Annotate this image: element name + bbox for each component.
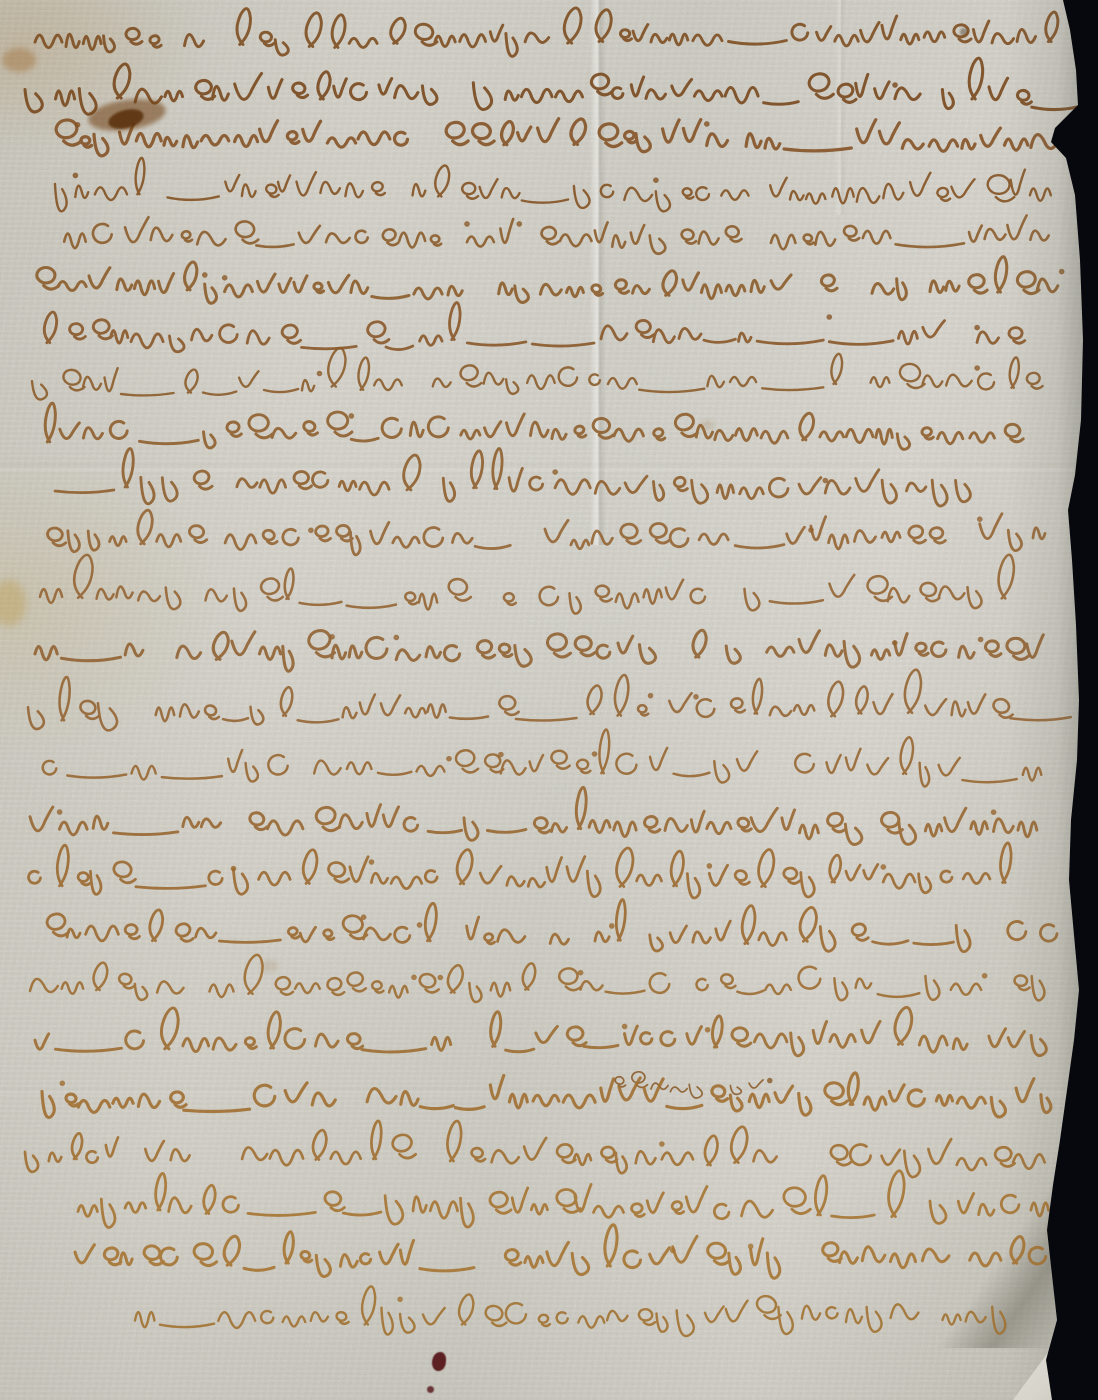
handwritten-text-line [45, 403, 1023, 449]
handwritten-text-line [29, 843, 1012, 898]
handwritten-text-line [44, 303, 1025, 352]
handwritten-text-line [75, 1225, 1046, 1278]
interlinear-insertion-line [615, 1072, 771, 1098]
handwritten-text-line [25, 58, 1081, 114]
handwritten-text-line [35, 630, 1043, 671]
handwritten-text-line [48, 510, 1045, 555]
handwritten-text-line [43, 730, 1042, 787]
manuscript-paper-sheet [0, 0, 1098, 1400]
handwritten-text-line [64, 216, 1048, 254]
handwritten-text-line [56, 119, 1057, 156]
handwritten-text-line [135, 1286, 1005, 1336]
handwritten-text-line [40, 555, 1014, 614]
handwritten-text-line [30, 787, 1037, 844]
deckled-edge-shadow [1008, 0, 1098, 1400]
photograph-of-manuscript: Photograph of a single-page handwritten … [0, 0, 1098, 1400]
handwritten-text-line [55, 158, 1051, 211]
handwritten-text-line [78, 1171, 1078, 1228]
handwritten-text-line [32, 348, 1043, 400]
handwritten-text-line [35, 1007, 1046, 1055]
handwritten-text-line [47, 900, 1057, 952]
handwritten-text-line [42, 1073, 1051, 1118]
dark-red-ink-dot [427, 1386, 434, 1393]
handwritten-text-line [37, 257, 1063, 304]
handwritten-text-line [55, 449, 970, 507]
handwritten-text-line [28, 670, 1071, 731]
handwritten-text-line [25, 1121, 1045, 1177]
handwriting-ink-layer [0, 0, 1098, 1400]
handwritten-text-line [30, 955, 1044, 1002]
handwritten-text-line [35, 8, 1058, 56]
